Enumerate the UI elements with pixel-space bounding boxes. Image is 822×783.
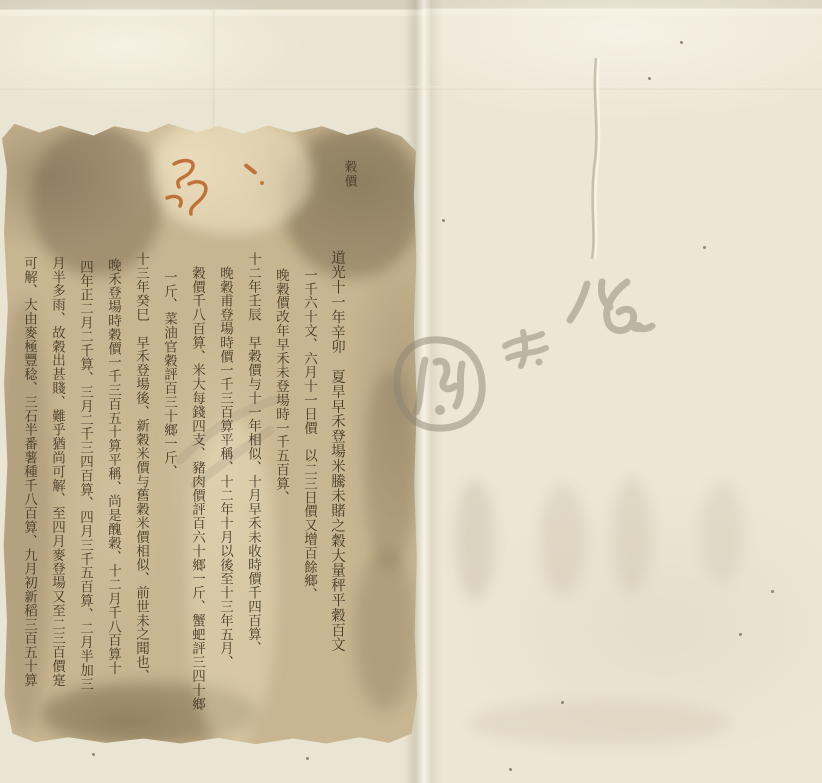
paper-wrinkle: [470, 700, 730, 746]
text-column-5: 晚穀甫登場時價一千三百算平稱、十二年十月以後至十三年五月、: [212, 266, 237, 721]
text-column-7: 一斤、菜油官穀評百三十鄉一斤、: [156, 270, 181, 721]
text-column-9: 晚禾登場時穀價一千三百五十算平稱、尚是醜穀、十二月千八百算十: [100, 258, 125, 721]
manuscript-text-block: 道光十一年辛卯 夏旱早禾登場米騰未賭之穀大量秤平穀百文一千六十文、六月十一日價 …: [16, 246, 349, 721]
manuscript-title: 穀價: [341, 160, 359, 189]
tu-glyph: [397, 340, 482, 428]
text-column-2: 一千六十文、六月十一日價 以二三日價又增百餘鄉、: [296, 268, 321, 721]
text-column-11: 月半多雨、故穀出甚賤、難乎猶尚可解、至四月麥登場又至二三百價寔: [44, 256, 69, 721]
paper-wrinkle: [700, 482, 744, 582]
text-column-3: 晚穀價改年早禾未登場時一千五百算、: [268, 268, 293, 721]
speck: [739, 633, 742, 636]
guan-glyph: [570, 282, 652, 332]
speck: [561, 701, 564, 704]
right-page-crease: [580, 56, 608, 261]
text-column-1: 道光十一年辛卯 夏旱早禾登場米騰未賭之穀大量秤平穀百文: [324, 250, 349, 721]
speck: [703, 246, 706, 249]
orange-dot-mark: [260, 181, 264, 185]
shu-glyph: [505, 332, 546, 366]
text-column-10: 四年正二月二千算、三月二千三四百算、四月三千五百算、二月半加三: [72, 260, 97, 721]
text-column-4: 十二年壬辰 早穀價与十一年相似、十月早禾未收時價千四百算、: [240, 252, 265, 721]
speck: [680, 41, 683, 44]
stain: [354, 550, 416, 710]
text-column-6: 穀價千八百算、米大每錢四支、豬肉價評百六十鄉一斤、蟹蚆評三四十鄉: [184, 266, 209, 721]
horizontal-crease: [0, 86, 822, 90]
speck: [509, 768, 512, 771]
speck: [442, 219, 445, 222]
speck: [306, 757, 309, 760]
speck: [92, 753, 95, 756]
speck: [648, 77, 651, 80]
text-column-8: 十三年癸巳 早禾登場後、新穀米價与舊穀米價相似、前世未之聞也、: [128, 252, 153, 721]
orange-annotation: [160, 152, 222, 222]
text-column-12: 可解、大由麥極豐稔、三石半番薯種千八百算、九月初新稻三百五十算: [16, 256, 41, 721]
book-scan: 圖 書 館 穀價 道光十一年辛卯 夏旱早禾登場米騰未賭之穀大量秤平穀百文一千六十…: [0, 0, 822, 783]
speck: [771, 590, 774, 593]
